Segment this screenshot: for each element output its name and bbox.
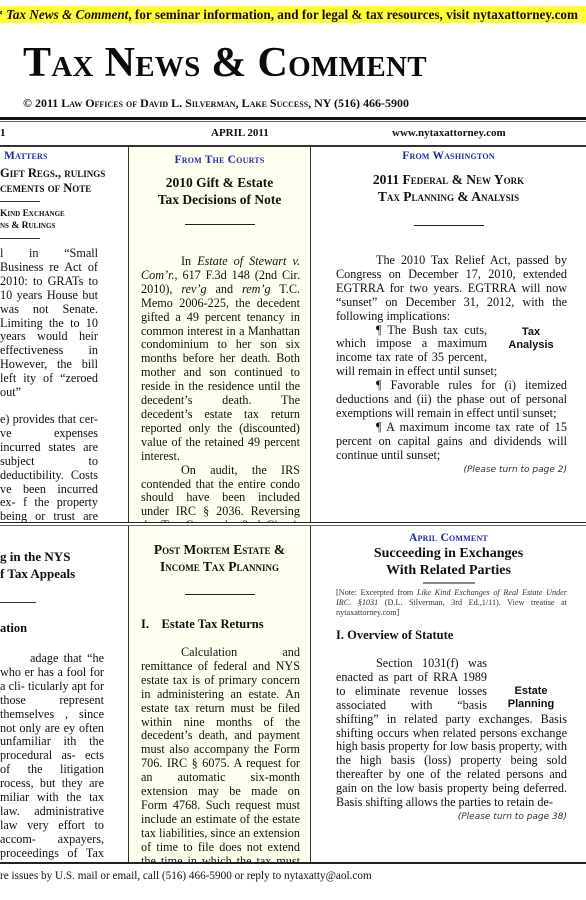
divider <box>414 225 484 226</box>
headline-line: With Related Parties <box>311 562 586 579</box>
row-rule <box>0 522 586 523</box>
dateline: 1 APRIL 2011 www.nytaxattorney.com <box>0 127 586 141</box>
headline-right-bottom: Succeeding in Exchanges With Related Par… <box>311 545 586 579</box>
headline-line: 2011 Federal & New York <box>311 171 586 188</box>
excerpt-note: [Note: Excerpted from Like Kind Exchange… <box>311 588 586 618</box>
turn-to-page-link[interactable]: (Please turn to page 38) <box>336 811 567 825</box>
article-body: l in “Small Business re Act of 2010: to … <box>0 247 128 523</box>
section-heading: I. Estate Tax Returns <box>129 617 310 632</box>
subhead-line: Kind Exchange <box>0 208 128 220</box>
masthead-title: Tax News & Comment <box>23 40 427 86</box>
article-right-top: From Washington 2011 Federal & New York … <box>311 147 586 523</box>
ghost-header-row <box>0 23 586 27</box>
bullet-paragraph: ¶ Favorable rules for (i) itemized deduc… <box>336 379 567 421</box>
banner-suffix: , for seminar information, and for legal… <box>128 7 578 22</box>
subhead-line: ns & Rulings <box>0 220 128 232</box>
headline-line: 2010 Gift & Estate <box>129 174 310 191</box>
section-heading: ation <box>0 621 128 636</box>
article-body: Estate Planning Section 1031(f) was enac… <box>311 643 586 825</box>
divider <box>423 582 475 584</box>
headline-line: Tax Decisions of Note <box>129 191 310 208</box>
paragraph: l in “Small Business re Act of 2010: to … <box>0 247 98 400</box>
article-left-top: Matters Gift Regs., rulings cements of N… <box>0 147 128 523</box>
headline-right-top: 2011 Federal & New York Tax Planning & A… <box>311 171 586 205</box>
headline-line: Tax Planning & Analysis <box>311 188 586 205</box>
divider <box>185 224 255 225</box>
article-center-bottom: Post Mortem Estate & Income Tax Planning… <box>128 526 311 862</box>
website-link[interactable]: www.nytaxattorney.com <box>392 127 506 139</box>
headline-left-top: Gift Regs., rulings cements of Note <box>0 166 128 196</box>
masthead-rule <box>0 117 586 120</box>
paragraph: e) provides that cer- ve expenses incurr… <box>0 413 98 523</box>
headline-line: g in the NYS <box>0 548 128 565</box>
sidebox-tax-analysis: Tax Analysis <box>495 326 567 352</box>
paragraph: In Estate of Stewart v. Com’r., 617 F.3d… <box>141 255 300 464</box>
divider <box>0 238 40 239</box>
article-center-top: From The Courts 2010 Gift & Estate Tax D… <box>128 147 311 523</box>
divider <box>0 201 40 202</box>
subhead-left-top: Kind Exchange ns & Rulings <box>0 208 128 232</box>
article-body: In Estate of Stewart v. Com’r., 617 F.3d… <box>129 255 310 523</box>
headline-center-top: 2010 Gift & Estate Tax Decisions of Note <box>129 174 310 208</box>
subscription-footer: re issues by U.S. mail or email, call (5… <box>0 870 372 882</box>
paragraph: The 2010 Tax Relief Act, passed by Congr… <box>336 254 567 324</box>
article-right-bottom: April Comment Succeeding in Exchanges Wi… <box>311 526 586 862</box>
masthead-rule-thin <box>0 121 586 122</box>
issue-date: APRIL 2011 <box>211 127 269 139</box>
bullet-paragraph: ¶ A maximum income tax rate of 15 percen… <box>336 421 567 463</box>
headline-line: Income Tax Planning <box>129 558 310 575</box>
headline-line: Succeeding in Exchanges <box>311 545 586 562</box>
paragraph: Section 1031(f) was enacted as part of R… <box>336 657 567 810</box>
kicker-april-comment: April Comment <box>311 532 586 544</box>
banner-title: Tax News & Comment <box>6 7 128 22</box>
kicker-from-the-courts: From The Courts <box>129 154 310 166</box>
kicker-matters: Matters <box>0 150 128 162</box>
article-body: The 2010 Tax Relief Act, passed by Congr… <box>311 254 586 478</box>
divider <box>185 594 255 595</box>
article-body: Calculation and remittance of federal an… <box>129 632 310 862</box>
paragraph: On audit, the IRS contended that the ent… <box>141 464 300 523</box>
headline-left-bottom: g in the NYS f Tax Appeals <box>0 548 128 582</box>
promo-banner: int* Tax News & Comment, for seminar inf… <box>0 6 586 23</box>
headline-line: cements of Note <box>0 181 128 196</box>
paragraph: adage that “he who er has a fool for a c… <box>0 652 104 862</box>
section-heading: I. Overview of Statute <box>311 628 586 643</box>
copyright-line: © 2011 Law Offices of David L. Silverman… <box>23 96 409 111</box>
divider <box>0 602 36 603</box>
kicker-from-washington: From Washington <box>311 150 586 162</box>
headline-line: Post Mortem Estate & <box>129 541 310 558</box>
banner-text[interactable]: int* Tax News & Comment, for seminar inf… <box>0 6 578 23</box>
article-left-bottom: g in the NYS f Tax Appeals ation adage t… <box>0 526 128 862</box>
headline-line: Gift Regs., rulings <box>0 166 128 181</box>
article-body: adage that “he who er has a fool for a c… <box>0 652 104 862</box>
sidebox-estate-planning: Estate Planning <box>495 685 567 711</box>
turn-to-page-link[interactable]: (Please turn to page 2) <box>336 464 567 478</box>
page-number: 1 <box>0 127 6 139</box>
paragraph: Calculation and remittance of federal an… <box>141 646 300 862</box>
headline-center-bottom: Post Mortem Estate & Income Tax Planning <box>129 541 310 575</box>
footer-rule <box>0 862 586 864</box>
headline-line: f Tax Appeals <box>0 565 128 582</box>
